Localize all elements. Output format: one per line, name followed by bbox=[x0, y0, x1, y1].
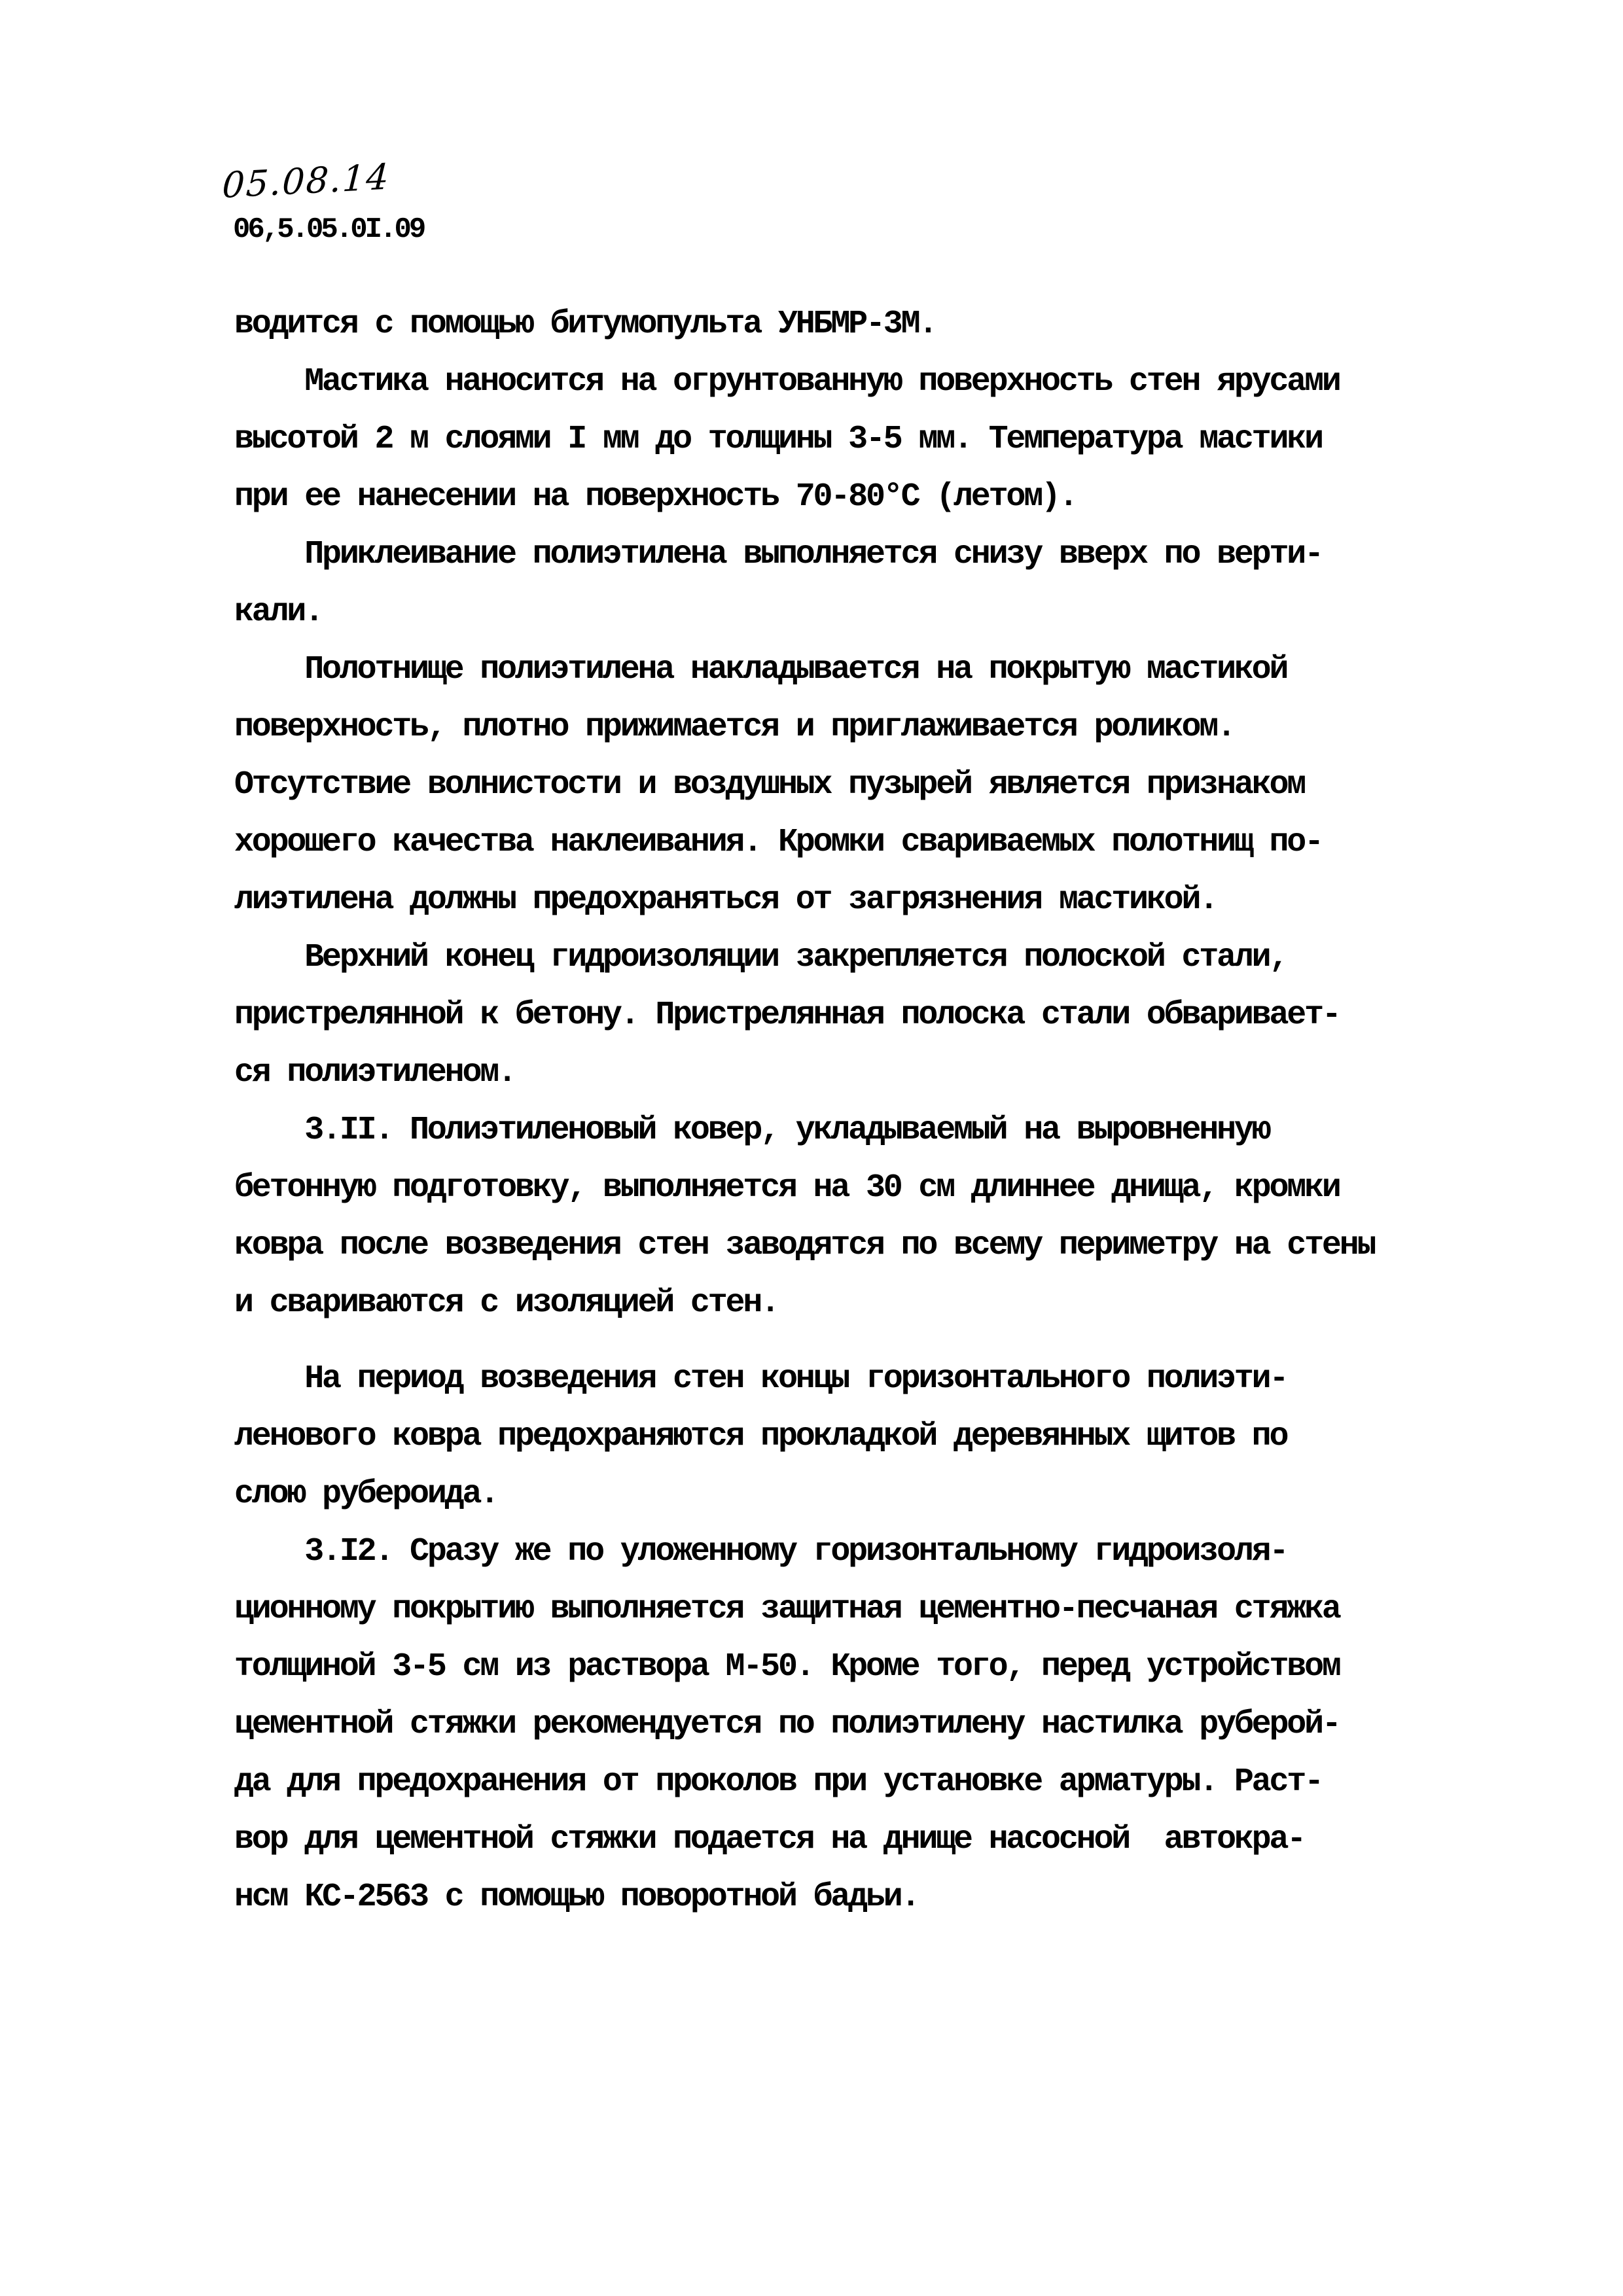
paragraph: Полотнище полиэтилена накладывается на п… bbox=[234, 641, 1465, 929]
paragraph: 3.I2. Сразу же по уложенному горизонталь… bbox=[234, 1523, 1465, 1926]
paragraph: 3.II. Полиэтиленовый ковер, укладываемый… bbox=[234, 1102, 1465, 1332]
paragraph: Мастика наносится на огрунтованную повер… bbox=[234, 353, 1465, 526]
paragraph: Приклеивание полиэтилена выполняется сни… bbox=[234, 526, 1465, 641]
paragraph: На период возведения стен концы горизонт… bbox=[234, 1351, 1465, 1523]
handwritten-date: 05.08.14 bbox=[221, 156, 391, 206]
paragraph: Верхний конец гидроизоляции закрепляется… bbox=[234, 929, 1465, 1102]
paragraph: водится с помощью битумопульта УНБМР-3М. bbox=[234, 296, 1465, 353]
document-page: 05.08.14 06,5.05.0I.09 водится с помощью… bbox=[0, 0, 1623, 2296]
document-body: водится с помощью битумопульта УНБМР-3М.… bbox=[234, 296, 1465, 1926]
document-code: 06,5.05.0I.09 bbox=[233, 213, 423, 246]
